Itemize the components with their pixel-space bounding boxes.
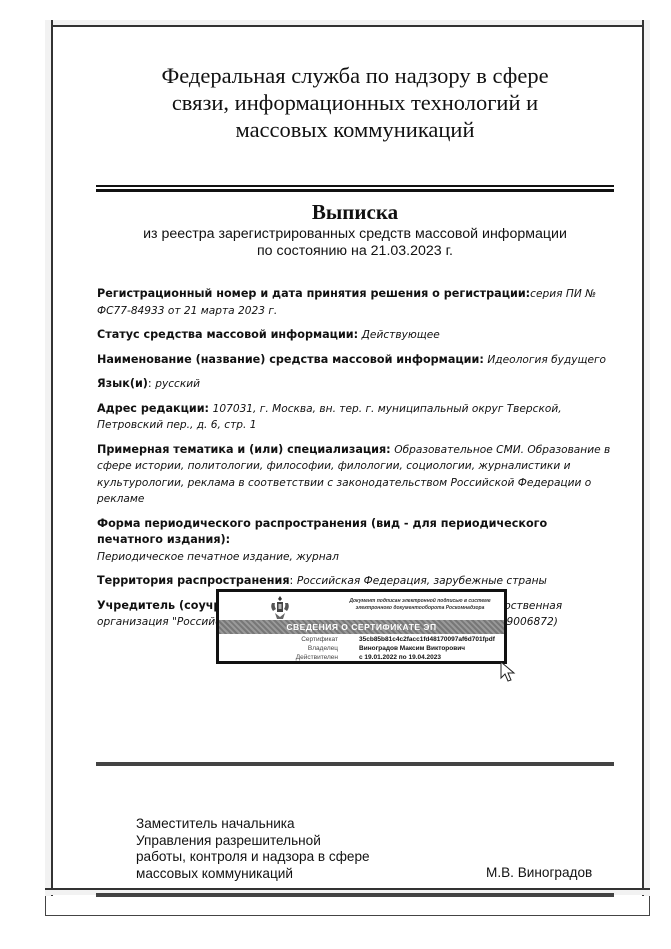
field-editorial-address: Адрес редакции: 107031, г. Москва, вн. т… [97,401,617,434]
field-value: Идеология будущего [487,354,606,366]
field-label: Форма периодического распространения (ви… [97,517,547,547]
registry-fields: Регистрационный номер и дата принятия ре… [97,286,617,639]
signer-position-line: Управления разрешительной [136,833,370,850]
signer-position-line: Заместитель начальника [136,816,370,833]
field-value: Периодическое печатное издание, журнал [97,551,339,563]
field-value: русский [155,378,200,390]
mouse-cursor-icon [500,661,516,683]
agency-line: Федеральная служба по надзору в сфере [100,62,610,89]
field-label: Статус средства массовой информации: [97,328,358,341]
stamp-header: СВЕДЕНИЯ О СЕРТИФИКАТЕ ЭП [219,620,504,634]
coat-of-arms-icon [269,595,291,621]
field-label: Язык(и) [97,377,148,390]
stamp-value: Виноградов Максим Викторович [359,644,465,653]
frame-border-right [642,20,650,896]
stamp-label: Владелец [308,644,338,653]
field-label: Примерная тематика и (или) специализация… [97,443,391,456]
e-signature-stamp: Документ подписан электронной подписью в… [216,589,507,664]
stamp-label: Действителен [296,653,338,662]
agency-header: Федеральная служба по надзору в сфере св… [100,62,610,143]
frame-border-left [45,20,53,896]
field-registration-number: Регистрационный номер и дата принятия ре… [97,286,617,319]
stamp-owner-row: Владелец Виноградов Максим Викторович [219,644,504,653]
field-value: Действующее [362,329,440,341]
document-subtitle: из реестра зарегистрированных средств ма… [100,226,610,260]
header-divider [96,185,614,192]
document-title: Выписка [100,200,610,225]
signer-position-line: работы, контроля и надзора в сфере [136,849,370,866]
frame-border-top [45,20,650,27]
signature-divider-top [96,762,614,766]
field-label: Адрес редакции: [97,402,209,415]
stamp-label: Сертификат [301,635,338,644]
field-topics: Примерная тематика и (или) специализация… [97,442,617,508]
field-value: Российская Федерация, зарубежные страны [297,575,547,587]
field-label: Регистрационный номер и дата принятия ре… [97,287,530,300]
field-language: Язык(и): русский [97,376,617,393]
field-territory: Территория распространения: Российская Ф… [97,573,617,590]
field-status: Статус средства массовой информации: Дей… [97,327,617,344]
agency-line: связи, информационных технологий и [100,89,610,116]
agency-line: массовых коммуникаций [100,116,610,143]
signer-name: М.В. Виноградов [486,865,592,880]
stamp-value: 35cb85b81c4c2facc1fd48170097af6d701fpdf [359,635,495,644]
field-media-name: Наименование (название) средства массово… [97,352,617,369]
signature-divider-bottom [96,893,614,897]
field-label: Наименование (название) средства массово… [97,353,484,366]
stamp-value: с 19.01.2022 по 19.04.2023 [359,653,441,662]
subtitle-date-line: по состоянию на 21.03.2023 г. [100,243,610,260]
signer-position-line: массовых коммуникаций [136,866,370,883]
stamp-validity-row: Действителен с 19.01.2022 по 19.04.2023 [219,653,504,662]
field-distribution-form: Форма периодического распространения (ви… [97,516,617,566]
stamp-note: Документ подписан электронной подписью в… [339,598,501,612]
signer-position: Заместитель начальника Управления разреш… [136,816,370,882]
subtitle-line: из реестра зарегистрированных средств ма… [100,226,610,243]
field-label: Территория распространения [97,574,290,587]
stamp-certificate-row: Сертификат 35cb85b81c4c2facc1fd48170097a… [219,635,504,644]
